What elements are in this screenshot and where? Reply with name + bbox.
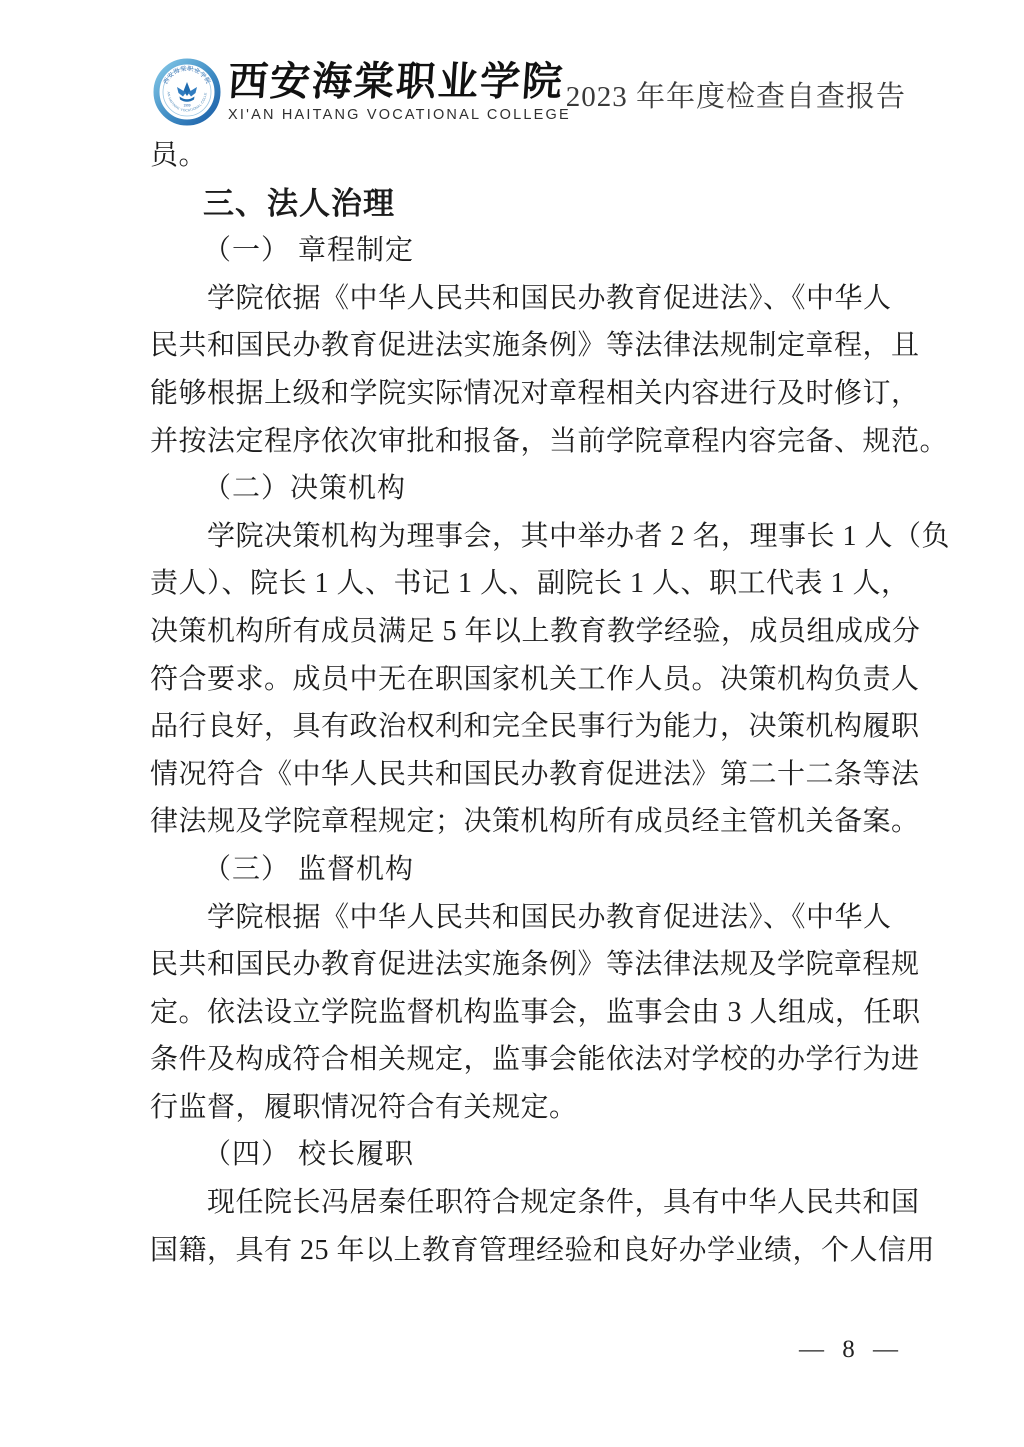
college-logo: 西安海棠职业学院 XI'AN HAITANG VOCATIONAL COLLEG… — [153, 58, 221, 126]
document-page: 西安海棠职业学院 XI'AN HAITANG VOCATIONAL COLLEG… — [0, 0, 1024, 1447]
text-line: 并按法定程序依次审批和报备，当前学院章程内容完备、规范。 — [150, 418, 908, 466]
text-line: 行监督，履职情况符合有关规定。 — [150, 1084, 908, 1132]
text-line: 责人）、院长 1 人、书记 1 人、副院长 1 人、职工代表 1 人， — [150, 560, 908, 608]
svg-text:1999: 1999 — [183, 104, 190, 108]
text-line: 学院依据《中华人民共和国民办教育促进法》、《中华人 — [150, 275, 908, 323]
college-name-zh: 西安海棠职业学院 — [226, 60, 559, 104]
section-heading: 三、法人治理 — [150, 180, 908, 228]
text-line: 决策机构所有成员满足 5 年以上教育教学经验，成员组成成分 — [150, 608, 908, 656]
text-line: 条件及构成符合相关规定，监事会能依法对学校的办学行为进 — [150, 1036, 908, 1084]
college-seal-icon: 西安海棠职业学院 XI'AN HAITANG VOCATIONAL COLLEG… — [153, 58, 221, 126]
text-line: 品行良好，具有政治权利和完全民事行为能力，决策机构履职 — [150, 703, 908, 751]
text-line: 民共和国民办教育促进法实施条例》等法律法规制定章程，且 — [150, 322, 908, 370]
text-line: 能够根据上级和学院实际情况对章程相关内容进行及时修订， — [150, 370, 908, 418]
text-line: 学院根据《中华人民共和国民办教育促进法》、《中华人 — [150, 894, 908, 942]
page-number: — 8 — — [799, 1336, 904, 1364]
text-line: 国籍，具有 25 年以上教育管理经验和良好办学业绩，个人信用 — [150, 1227, 908, 1275]
text-line: 民共和国民办教育促进法实施条例》等法律法规及学院章程规 — [150, 941, 908, 989]
subsection-heading: （三） 监督机构 — [150, 846, 908, 894]
document-body: 员。三、法人治理（一） 章程制定学院依据《中华人民共和国民办教育促进法》、《中华… — [150, 132, 908, 1274]
subsection-heading: （四） 校长履职 — [150, 1131, 908, 1179]
page-header: 西安海棠职业学院 XI'AN HAITANG VOCATIONAL COLLEG… — [0, 0, 1024, 140]
text-line: 定。依法设立学院监督机构监事会，监事会由 3 人组成，任职 — [150, 989, 908, 1037]
subsection-heading: （一） 章程制定 — [150, 227, 908, 275]
text-line: 律法规及学院章程规定；决策机构所有成员经主管机关备案。 — [150, 798, 908, 846]
text-line: 员。 — [150, 132, 908, 180]
text-line: 符合要求。成员中无在职国家机关工作人员。决策机构负责人 — [150, 656, 908, 704]
college-name-en: XI'AN HAITANG VOCATIONAL COLLEGE — [228, 107, 558, 123]
text-line: 学院决策机构为理事会，其中举办者 2 名，理事长 1 人（负 — [150, 513, 908, 561]
college-name-block: 西安海棠职业学院 XI'AN HAITANG VOCATIONAL COLLEG… — [228, 60, 558, 123]
text-line: 情况符合《中华人民共和国民办教育促进法》第二十二条等法 — [150, 751, 908, 799]
subsection-heading: （二）决策机构 — [150, 465, 908, 513]
text-line: 现任院长冯居秦任职符合规定条件，具有中华人民共和国 — [150, 1179, 908, 1227]
report-title: 2023 年年度检查自查报告 — [566, 74, 906, 115]
